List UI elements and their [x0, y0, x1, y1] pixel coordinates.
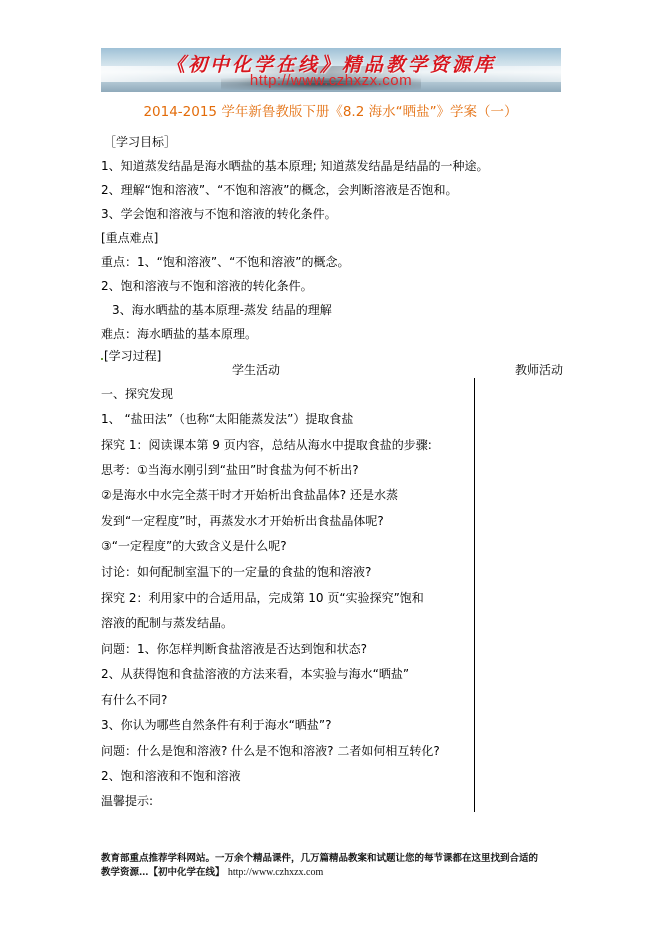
- activity-line: 探究 1：阅读课本第 9 页内容，总结从海水中提取食盐的步骤:: [101, 437, 432, 453]
- activity-line: 问题：1、你怎样判断食盐溶液是否达到饱和状态?: [101, 641, 367, 657]
- key-point-item: 2、饱和溶液与不饱和溶液的转化条件。: [101, 278, 313, 294]
- activity-line: 发到“一定程度”时，再蒸发水才开始析出食盐晶体呢?: [101, 513, 384, 529]
- activity-line: 温馨提示:: [101, 793, 153, 809]
- column-header-student: 学生活动: [232, 361, 280, 378]
- objective-item: 1、知道蒸发结晶是海水晒盐的基本原理; 知道蒸发结晶是结晶的一种途。: [101, 158, 489, 174]
- bullet-dot: [101, 358, 103, 360]
- header-banner: 《初中化学在线》精品教学资源库 http://www.czhxzx.com: [101, 48, 561, 92]
- page-footer: 教育部重点推荐学科网站。一万余个精品课件，几万篇精品教案和试题让您的每节课都在这…: [101, 852, 566, 880]
- activity-line: 3、你认为哪些自然条件有利于海水“晒盐”?: [101, 717, 331, 733]
- process-heading-row: [学习过程]: [101, 348, 161, 364]
- activity-line: 溶液的配制与蒸发结晶。: [101, 615, 233, 631]
- activity-line: 1、 “盐田法”（也称“太阳能蒸发法”）提取食盐: [101, 411, 353, 427]
- objective-item: 3、学会饱和溶液与不饱和溶液的转化条件。: [101, 206, 337, 222]
- footer-line2: 教学资源…【初中化学在线】 http://www.czhxzx.com: [101, 866, 566, 880]
- activity-line: 有什么不同?: [101, 692, 167, 708]
- activity-line: 2、从获得饱和食盐溶液的方法来看，本实验与海水“晒盐”: [101, 666, 409, 682]
- key-points-heading: [重点难点]: [101, 230, 158, 246]
- objectives-heading: ［学习目标］: [104, 134, 176, 150]
- document-title: 2014-2015 学年新鲁教版下册《8.2 海水“晒盐”》学案（一）: [100, 100, 561, 120]
- column-divider: [474, 378, 475, 812]
- objective-item: 2、理解“饱和溶液”、“不饱和溶液”的概念，会判断溶液是否饱和。: [101, 182, 458, 198]
- activity-line: 思考：①当海水刚引到“盐田”时食盐为何不析出?: [101, 462, 359, 478]
- activity-line: 探究 2：利用家中的合适用品，完成第 10 页“实验探究”饱和: [101, 590, 424, 606]
- activity-line: 讨论：如何配制室温下的一定量的食盐的饱和溶液?: [101, 564, 371, 580]
- footer-site-name: 教学资源…【初中化学在线】: [101, 867, 225, 878]
- column-header-teacher: 教师活动: [515, 361, 563, 378]
- activity-line: 问题：什么是饱和溶液? 什么是不饱和溶液? 二者如何相互转化?: [101, 743, 440, 759]
- footer-line1: 教育部重点推荐学科网站。一万余个精品课件，几万篇精品教案和试题让您的每节课都在这…: [101, 852, 566, 866]
- activity-line: ③“一定程度”的大致含义是什么呢?: [101, 538, 287, 554]
- banner-url: http://www.czhxzx.com: [101, 72, 561, 89]
- activity-line: 一、探究发现: [101, 386, 173, 402]
- activity-line: 2、饱和溶液和不饱和溶液: [101, 768, 241, 784]
- key-point-item: 3、海水晒盐的基本原理-蒸发 结晶的理解: [112, 302, 332, 318]
- key-point-item: 重点：1、“饱和溶液”、“不饱和溶液”的概念。: [101, 254, 350, 270]
- process-heading: [学习过程]: [104, 349, 161, 363]
- difficulty-item: 难点：海水晒盐的基本原理。: [101, 326, 257, 342]
- footer-url-link[interactable]: http://www.czhxzx.com: [228, 867, 323, 878]
- activity-line: ②是海水中水完全蒸干时才开始析出食盐晶体? 还是水蒸: [101, 487, 398, 503]
